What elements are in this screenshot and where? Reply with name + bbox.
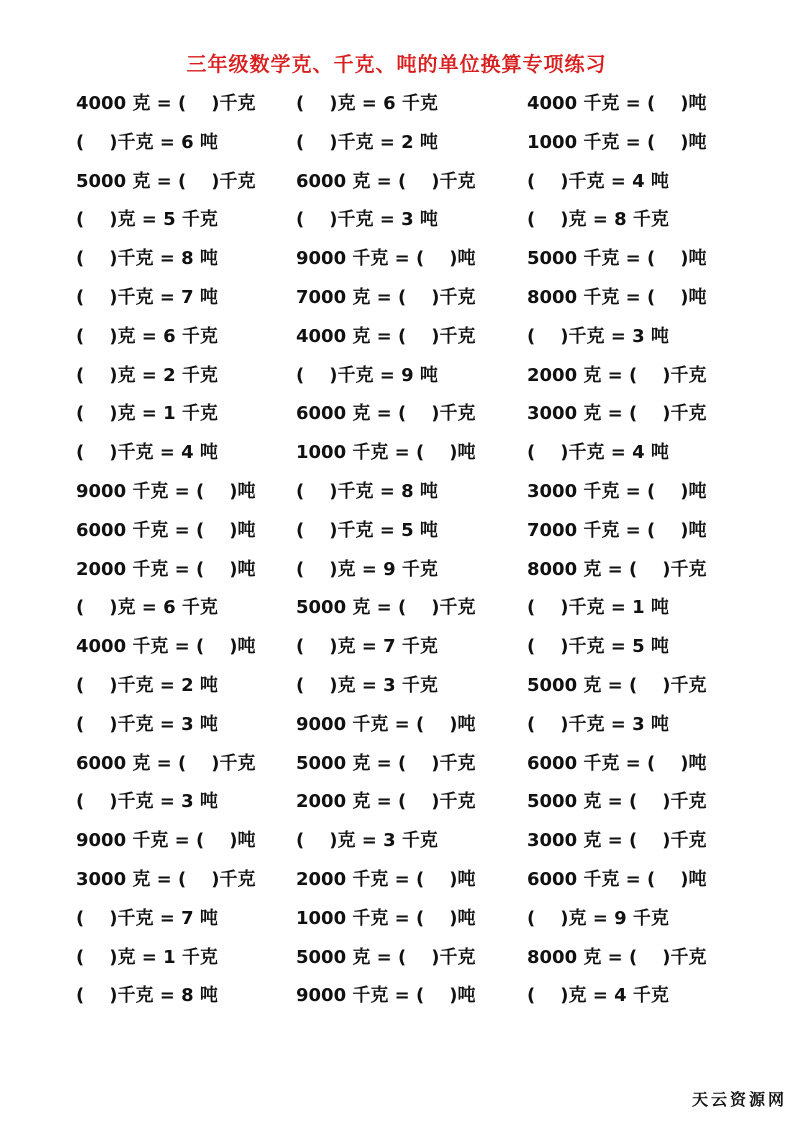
conversion-problem[interactable]: ( )千克 = 3 吨	[76, 787, 218, 813]
conversion-problem[interactable]: ( )千克 = 4 吨	[527, 167, 669, 193]
conversion-problem[interactable]: ( )克 = 5 千克	[76, 205, 218, 231]
conversion-problem[interactable]: ( )千克 = 8 吨	[296, 477, 438, 503]
conversion-problem[interactable]: 2000 千克 = ( )吨	[76, 555, 256, 581]
exercise-row: 5000 克 = ( )千克6000 克 = ( )千克( )千克 = 4 吨	[0, 167, 793, 197]
conversion-problem[interactable]: ( )千克 = 3 吨	[527, 710, 669, 736]
conversion-problem[interactable]: 2000 克 = ( )千克	[296, 787, 476, 813]
conversion-problem[interactable]: 1000 千克 = ( )吨	[527, 128, 707, 154]
conversion-problem[interactable]: ( )克 = 6 千克	[76, 593, 218, 619]
conversion-problem[interactable]: ( )千克 = 2 吨	[296, 128, 438, 154]
conversion-problem[interactable]: 7000 克 = ( )千克	[296, 283, 476, 309]
conversion-problem[interactable]: ( )千克 = 3 吨	[76, 710, 218, 736]
conversion-problem[interactable]: ( )千克 = 2 吨	[76, 671, 218, 697]
conversion-problem[interactable]: 6000 千克 = ( )吨	[527, 749, 707, 775]
conversion-problem[interactable]: ( )克 = 4 千克	[527, 981, 669, 1007]
conversion-problem[interactable]: 4000 千克 = ( )吨	[76, 632, 256, 658]
conversion-problem[interactable]: 5000 千克 = ( )吨	[527, 244, 707, 270]
conversion-problem[interactable]: 5000 克 = ( )千克	[296, 943, 476, 969]
conversion-problem[interactable]: ( )千克 = 5 吨	[527, 632, 669, 658]
conversion-problem[interactable]: ( )千克 = 4 吨	[527, 438, 669, 464]
conversion-problem[interactable]: ( )千克 = 5 吨	[296, 516, 438, 542]
conversion-problem[interactable]: 3000 克 = ( )千克	[76, 865, 256, 891]
conversion-problem[interactable]: ( )克 = 6 千克	[296, 89, 438, 115]
conversion-problem[interactable]: ( )克 = 7 千克	[296, 632, 438, 658]
conversion-problem[interactable]: 8000 千克 = ( )吨	[527, 283, 707, 309]
exercise-row: ( )千克 = 3 吨9000 千克 = ( )吨( )千克 = 3 吨	[0, 710, 793, 740]
conversion-problem[interactable]: 4000 千克 = ( )吨	[527, 89, 707, 115]
conversion-problem[interactable]: 3000 克 = ( )千克	[527, 399, 707, 425]
exercise-row: 4000 千克 = ( )吨( )克 = 7 千克( )千克 = 5 吨	[0, 632, 793, 662]
exercise-row: 2000 千克 = ( )吨( )克 = 9 千克8000 克 = ( )千克	[0, 555, 793, 585]
conversion-problem[interactable]: ( )千克 = 9 吨	[296, 361, 438, 387]
exercise-row: ( )克 = 1 千克6000 克 = ( )千克3000 克 = ( )千克	[0, 399, 793, 429]
exercise-row: ( )千克 = 4 吨1000 千克 = ( )吨( )千克 = 4 吨	[0, 438, 793, 468]
exercise-row: 3000 克 = ( )千克2000 千克 = ( )吨6000 千克 = ( …	[0, 865, 793, 895]
conversion-problem[interactable]: 8000 克 = ( )千克	[527, 943, 707, 969]
watermark-footer: 天云资源网	[692, 1087, 787, 1110]
conversion-problem[interactable]: ( )千克 = 3 吨	[296, 205, 438, 231]
conversion-problem[interactable]: ( )克 = 9 千克	[527, 904, 669, 930]
conversion-problem[interactable]: ( )千克 = 6 吨	[76, 128, 218, 154]
page-title: 三年级数学克、千克、吨的单位换算专项练习	[0, 48, 793, 77]
conversion-problem[interactable]: ( )克 = 8 千克	[527, 205, 669, 231]
conversion-problem[interactable]: ( )克 = 9 千克	[296, 555, 438, 581]
exercise-row: ( )千克 = 8 吨9000 千克 = ( )吨5000 千克 = ( )吨	[0, 244, 793, 274]
conversion-problem[interactable]: 8000 克 = ( )千克	[527, 555, 707, 581]
conversion-problem[interactable]: 3000 千克 = ( )吨	[527, 477, 707, 503]
conversion-problem[interactable]: 9000 千克 = ( )吨	[296, 244, 476, 270]
exercise-row: ( )千克 = 7 吨1000 千克 = ( )吨( )克 = 9 千克	[0, 904, 793, 934]
conversion-problem[interactable]: 5000 克 = ( )千克	[76, 167, 256, 193]
conversion-problem[interactable]: ( )克 = 1 千克	[76, 943, 218, 969]
conversion-problem[interactable]: 1000 千克 = ( )吨	[296, 438, 476, 464]
conversion-problem[interactable]: ( )克 = 3 千克	[296, 671, 438, 697]
conversion-problem[interactable]: 7000 千克 = ( )吨	[527, 516, 707, 542]
exercise-row: ( )千克 = 2 吨( )克 = 3 千克5000 克 = ( )千克	[0, 671, 793, 701]
exercise-row: ( )克 = 5 千克( )千克 = 3 吨( )克 = 8 千克	[0, 205, 793, 235]
exercise-row: ( )克 = 6 千克5000 克 = ( )千克( )千克 = 1 吨	[0, 593, 793, 623]
conversion-problem[interactable]: ( )千克 = 4 吨	[76, 438, 218, 464]
conversion-problem[interactable]: 3000 克 = ( )千克	[527, 826, 707, 852]
conversion-problem[interactable]: ( )克 = 3 千克	[296, 826, 438, 852]
exercise-row: ( )克 = 1 千克5000 克 = ( )千克8000 克 = ( )千克	[0, 943, 793, 973]
conversion-problem[interactable]: 6000 千克 = ( )吨	[76, 516, 256, 542]
exercise-row: 6000 克 = ( )千克5000 克 = ( )千克6000 千克 = ( …	[0, 749, 793, 779]
conversion-problem[interactable]: 2000 克 = ( )千克	[527, 361, 707, 387]
exercise-row: ( )千克 = 3 吨2000 克 = ( )千克5000 克 = ( )千克	[0, 787, 793, 817]
conversion-problem[interactable]: ( )克 = 6 千克	[76, 322, 218, 348]
conversion-problem[interactable]: 9000 千克 = ( )吨	[76, 477, 256, 503]
conversion-problem[interactable]: 9000 千克 = ( )吨	[76, 826, 256, 852]
conversion-problem[interactable]: 2000 千克 = ( )吨	[296, 865, 476, 891]
conversion-problem[interactable]: 1000 千克 = ( )吨	[296, 904, 476, 930]
exercise-row: 4000 克 = ( )千克( )克 = 6 千克4000 千克 = ( )吨	[0, 89, 793, 119]
exercise-row: ( )千克 = 7 吨7000 克 = ( )千克8000 千克 = ( )吨	[0, 283, 793, 313]
conversion-problem[interactable]: 5000 克 = ( )千克	[296, 749, 476, 775]
conversion-problem[interactable]: 6000 克 = ( )千克	[296, 399, 476, 425]
conversion-problem[interactable]: 6000 千克 = ( )吨	[527, 865, 707, 891]
exercise-row: 9000 千克 = ( )吨( )千克 = 8 吨3000 千克 = ( )吨	[0, 477, 793, 507]
conversion-problem[interactable]: 9000 千克 = ( )吨	[296, 981, 476, 1007]
conversion-problem[interactable]: ( )千克 = 8 吨	[76, 981, 218, 1007]
conversion-problem[interactable]: ( )克 = 2 千克	[76, 361, 218, 387]
conversion-problem[interactable]: 4000 克 = ( )千克	[76, 89, 256, 115]
conversion-problem[interactable]: 9000 千克 = ( )吨	[296, 710, 476, 736]
conversion-problem[interactable]: 5000 克 = ( )千克	[296, 593, 476, 619]
conversion-problem[interactable]: ( )千克 = 7 吨	[76, 283, 218, 309]
conversion-problem[interactable]: 5000 克 = ( )千克	[527, 671, 707, 697]
exercise-row: 6000 千克 = ( )吨( )千克 = 5 吨7000 千克 = ( )吨	[0, 516, 793, 546]
conversion-problem[interactable]: ( )千克 = 7 吨	[76, 904, 218, 930]
exercise-row: ( )千克 = 6 吨( )千克 = 2 吨1000 千克 = ( )吨	[0, 128, 793, 158]
conversion-problem[interactable]: ( )千克 = 8 吨	[76, 244, 218, 270]
exercise-row: ( )克 = 2 千克( )千克 = 9 吨2000 克 = ( )千克	[0, 361, 793, 391]
exercise-row: 9000 千克 = ( )吨( )克 = 3 千克3000 克 = ( )千克	[0, 826, 793, 856]
conversion-problem[interactable]: ( )千克 = 3 吨	[527, 322, 669, 348]
conversion-problem[interactable]: ( )千克 = 1 吨	[527, 593, 669, 619]
exercise-row: ( )千克 = 8 吨9000 千克 = ( )吨( )克 = 4 千克	[0, 981, 793, 1011]
conversion-problem[interactable]: 6000 克 = ( )千克	[296, 167, 476, 193]
conversion-problem[interactable]: 6000 克 = ( )千克	[76, 749, 256, 775]
conversion-problem[interactable]: 5000 克 = ( )千克	[527, 787, 707, 813]
conversion-problem[interactable]: ( )克 = 1 千克	[76, 399, 218, 425]
conversion-problem[interactable]: 4000 克 = ( )千克	[296, 322, 476, 348]
exercise-row: ( )克 = 6 千克4000 克 = ( )千克( )千克 = 3 吨	[0, 322, 793, 352]
